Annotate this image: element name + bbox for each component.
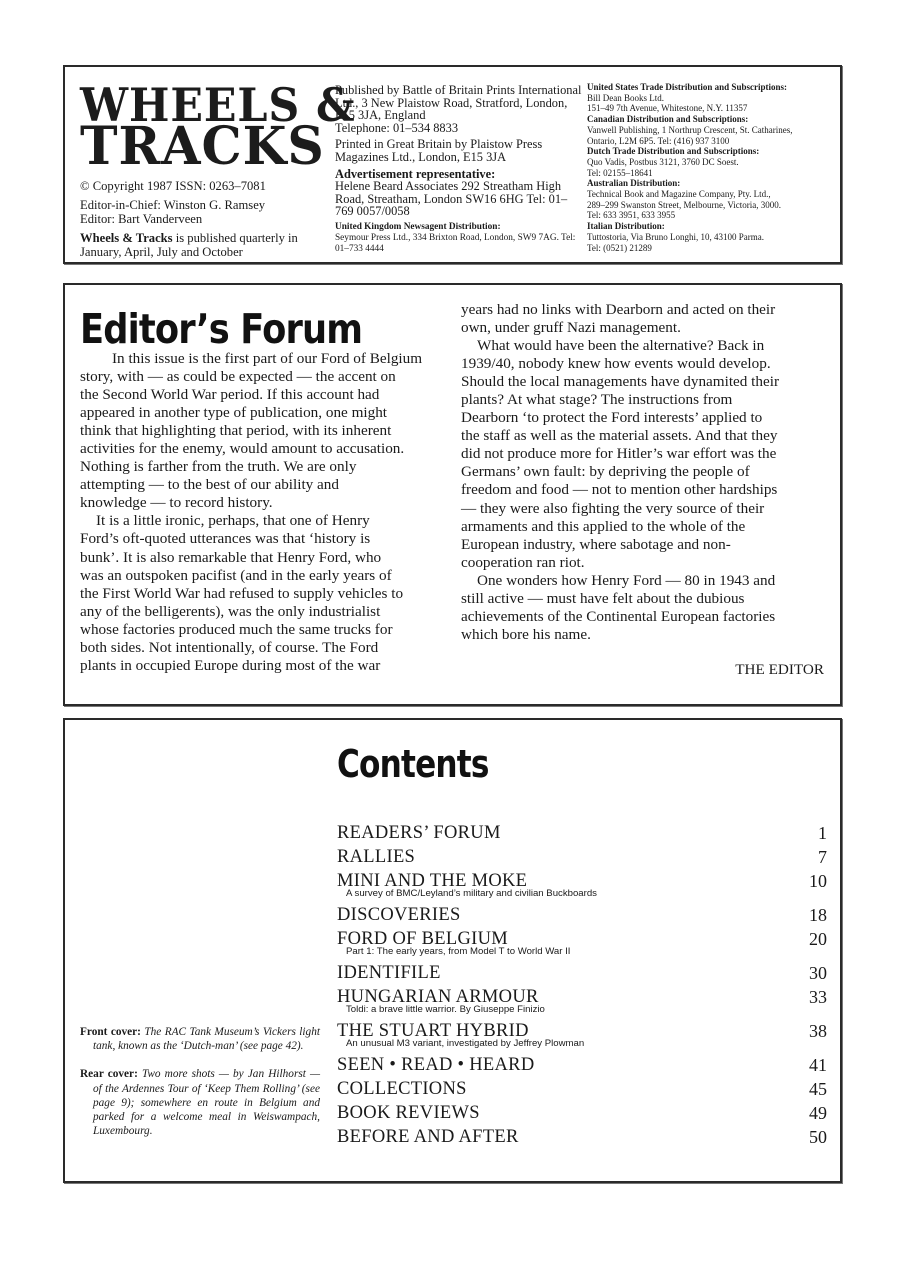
editor-in-chief: Editor-in-Chief: Winston G. Ramsey xyxy=(80,198,265,212)
text-line: European industry, where sabotage and no… xyxy=(461,536,851,554)
cover-captions: Front cover: The RAC Tank Museum’s Vicke… xyxy=(80,1025,320,1152)
text-line: cooperation ran riot. xyxy=(461,554,851,572)
text-line: In this issue is the first part of our F… xyxy=(80,350,470,368)
page-number: 7 xyxy=(818,845,827,869)
toc-item-ford-of-belgium[interactable]: FORD OF BELGIUM Part 1: The early years,… xyxy=(337,927,827,957)
contents-title: Contents xyxy=(337,742,489,786)
printer-info: Printed in Great Britain by Plaistow Pre… xyxy=(335,138,585,163)
text-line: the First World War had refused to suppl… xyxy=(80,585,470,603)
text-line: freedom and food — not to mention other … xyxy=(461,481,851,499)
page-number: 1 xyxy=(818,821,827,845)
forum-column-left: In this issue is the first part of our F… xyxy=(80,350,470,675)
rear-cover-caption: Rear cover: Two more shots — by Jan Hilh… xyxy=(80,1067,320,1138)
toc-subtitle: An unusual M3 variant, investigated by J… xyxy=(337,1039,827,1049)
uk-distribution: United Kingdom Newsagent Distribution:Se… xyxy=(335,222,585,255)
text-line: Dearborn ‘to protect the Ford interests’… xyxy=(461,409,851,427)
toc-item-seen-read-heard[interactable]: SEEN • READ • HEARD 41 xyxy=(337,1053,827,1077)
page-number: 50 xyxy=(809,1125,827,1149)
text-line: Ford’s oft-quoted utterances was that ‘h… xyxy=(80,530,470,548)
text-line: still active — must have felt about the … xyxy=(461,590,851,608)
text-line: What would have been the alternative? Ba… xyxy=(461,337,851,355)
text-line: which bore his name. xyxy=(461,626,851,644)
toc-subtitle: Part 1: The early years, from Model T to… xyxy=(337,947,827,957)
text-line: activities for the enemy, would amount t… xyxy=(80,440,470,458)
toc-item-readers-forum[interactable]: READERS’ FORUM 1 xyxy=(337,821,827,845)
page-number: 33 xyxy=(809,985,827,1009)
toc-subtitle: A survey of BMC/Leyland’s military and c… xyxy=(337,889,827,899)
toc-item-before-and-after[interactable]: BEFORE AND AFTER 50 xyxy=(337,1125,827,1149)
toc-item-stuart-hybrid[interactable]: THE STUART HYBRID An unusual M3 variant,… xyxy=(337,1019,827,1049)
logo-line-2: TRACKS xyxy=(80,126,308,168)
page-number: 41 xyxy=(809,1053,827,1077)
page-number: 45 xyxy=(809,1077,827,1101)
page-number: 20 xyxy=(809,927,827,951)
toc-item-rallies[interactable]: RALLIES 7 xyxy=(337,845,827,869)
text-line: — they were also fighting the very sourc… xyxy=(461,500,851,518)
text-line: attempting — to the best of our ability … xyxy=(80,476,470,494)
distribution-australia: Australian Distribution: Technical Book … xyxy=(587,178,837,221)
editor-signature: THE EDITOR xyxy=(735,661,824,679)
publication-name: Wheels & Tracks xyxy=(80,231,173,245)
text-line: plants? At what stage? The instructions … xyxy=(461,391,851,409)
forum-title: Editor’s Forum xyxy=(80,305,362,353)
text-line: whose factories produced much the same t… xyxy=(80,621,470,639)
toc-item-mini-and-the-moke[interactable]: MINI AND THE MOKE A survey of BMC/Leylan… xyxy=(337,869,827,899)
text-line: knowledge — to record history. xyxy=(80,494,470,512)
text-line: appeared in another type of publication,… xyxy=(80,404,470,422)
page-number: 18 xyxy=(809,903,827,927)
forum-column-right: years had no links with Dearborn and act… xyxy=(461,301,851,644)
text-line: 1939/40, nobody knew how events would de… xyxy=(461,355,851,373)
text-line: think that highlighting that period, wit… xyxy=(80,422,470,440)
text-line: armaments and this applied to the whole … xyxy=(461,518,851,536)
text-line: It is a little ironic, perhaps, that one… xyxy=(80,512,470,530)
toc-item-identifile[interactable]: IDENTIFILE 30 xyxy=(337,961,827,985)
text-line: any of the belligerents), was the only i… xyxy=(80,603,470,621)
text-line: achievements of the Continental European… xyxy=(461,608,851,626)
publisher-info: Published by Battle of Britain Prints In… xyxy=(335,84,585,134)
page-number: 38 xyxy=(809,1019,827,1043)
page-number: 10 xyxy=(809,869,827,893)
text-line: did not produce more for Hitler’s war ef… xyxy=(461,445,851,463)
distribution-column: United States Trade Distribution and Sub… xyxy=(587,82,837,253)
text-line: story, with — as could be expected — the… xyxy=(80,368,470,386)
publisher-column: Published by Battle of Britain Prints In… xyxy=(335,84,585,259)
text-line: plants in occupied Europe during most of… xyxy=(80,657,470,675)
toc-subtitle: Toldi: a brave little warrior. By Giusep… xyxy=(337,1005,827,1015)
toc-item-collections[interactable]: COLLECTIONS 45 xyxy=(337,1077,827,1101)
distribution-italy: Italian Distribution: Tuttostoria, Via B… xyxy=(587,221,837,253)
text-line: the staff as well as the material assets… xyxy=(461,427,851,445)
magazine-logo: WHEELS & TRACKS xyxy=(80,84,315,168)
text-line: bunk’. It is also remarkable that Henry … xyxy=(80,549,470,567)
text-line: was an outspoken pacifist (and in the ea… xyxy=(80,567,470,585)
distribution-canada: Canadian Distribution and Subscriptions:… xyxy=(587,114,837,146)
publication-schedule: Wheels & Tracks is published quarterly i… xyxy=(80,231,325,259)
toc-item-hungarian-armour[interactable]: HUNGARIAN ARMOUR Toldi: a brave little w… xyxy=(337,985,827,1015)
distribution-us: United States Trade Distribution and Sub… xyxy=(587,82,837,114)
credits-column: © Copyright 1987 ISSN: 0263–7081 Editor-… xyxy=(80,179,325,264)
text-line: years had no links with Dearborn and act… xyxy=(461,301,851,319)
front-cover-caption: Front cover: The RAC Tank Museum’s Vicke… xyxy=(80,1025,320,1053)
toc-item-book-reviews[interactable]: BOOK REVIEWS 49 xyxy=(337,1101,827,1125)
distribution-dutch: Dutch Trade Distribution and Subscriptio… xyxy=(587,146,837,178)
contents-box: Contents READERS’ FORUM 1 RALLIES 7 MINI… xyxy=(63,718,842,1183)
editors: Editor-in-Chief: Winston G. Ramsey Edito… xyxy=(80,198,325,226)
masthead-box: WHEELS & TRACKS © Copyright 1987 ISSN: 0… xyxy=(63,65,842,264)
toc-item-discoveries[interactable]: DISCOVERIES 18 xyxy=(337,903,827,927)
text-line: One wonders how Henry Ford — 80 in 1943 … xyxy=(461,572,851,590)
editor: Editor: Bart Vanderveen xyxy=(80,212,202,226)
text-line: Should the local managements have dynami… xyxy=(461,373,851,391)
editors-forum-box: Editor’s Forum In this issue is the firs… xyxy=(63,283,842,706)
text-line: Nothing is farther from the truth. We ar… xyxy=(80,458,470,476)
copyright: © Copyright 1987 ISSN: 0263–7081 xyxy=(80,179,325,193)
text-line: both sides. Not intentionally, of course… xyxy=(80,639,470,657)
text-line: own, under gruff Nazi management. xyxy=(461,319,851,337)
text-line: the Second World War period. If this acc… xyxy=(80,386,470,404)
telephone: Telephone: 01–534 8833 xyxy=(335,121,458,135)
text-line: Germans’ own fault: by depriving the peo… xyxy=(461,463,851,481)
table-of-contents: READERS’ FORUM 1 RALLIES 7 MINI AND THE … xyxy=(337,821,827,1149)
page-number: 49 xyxy=(809,1101,827,1125)
ad-representative: Advertisement representative:Helene Bear… xyxy=(335,168,585,218)
page-number: 30 xyxy=(809,961,827,985)
